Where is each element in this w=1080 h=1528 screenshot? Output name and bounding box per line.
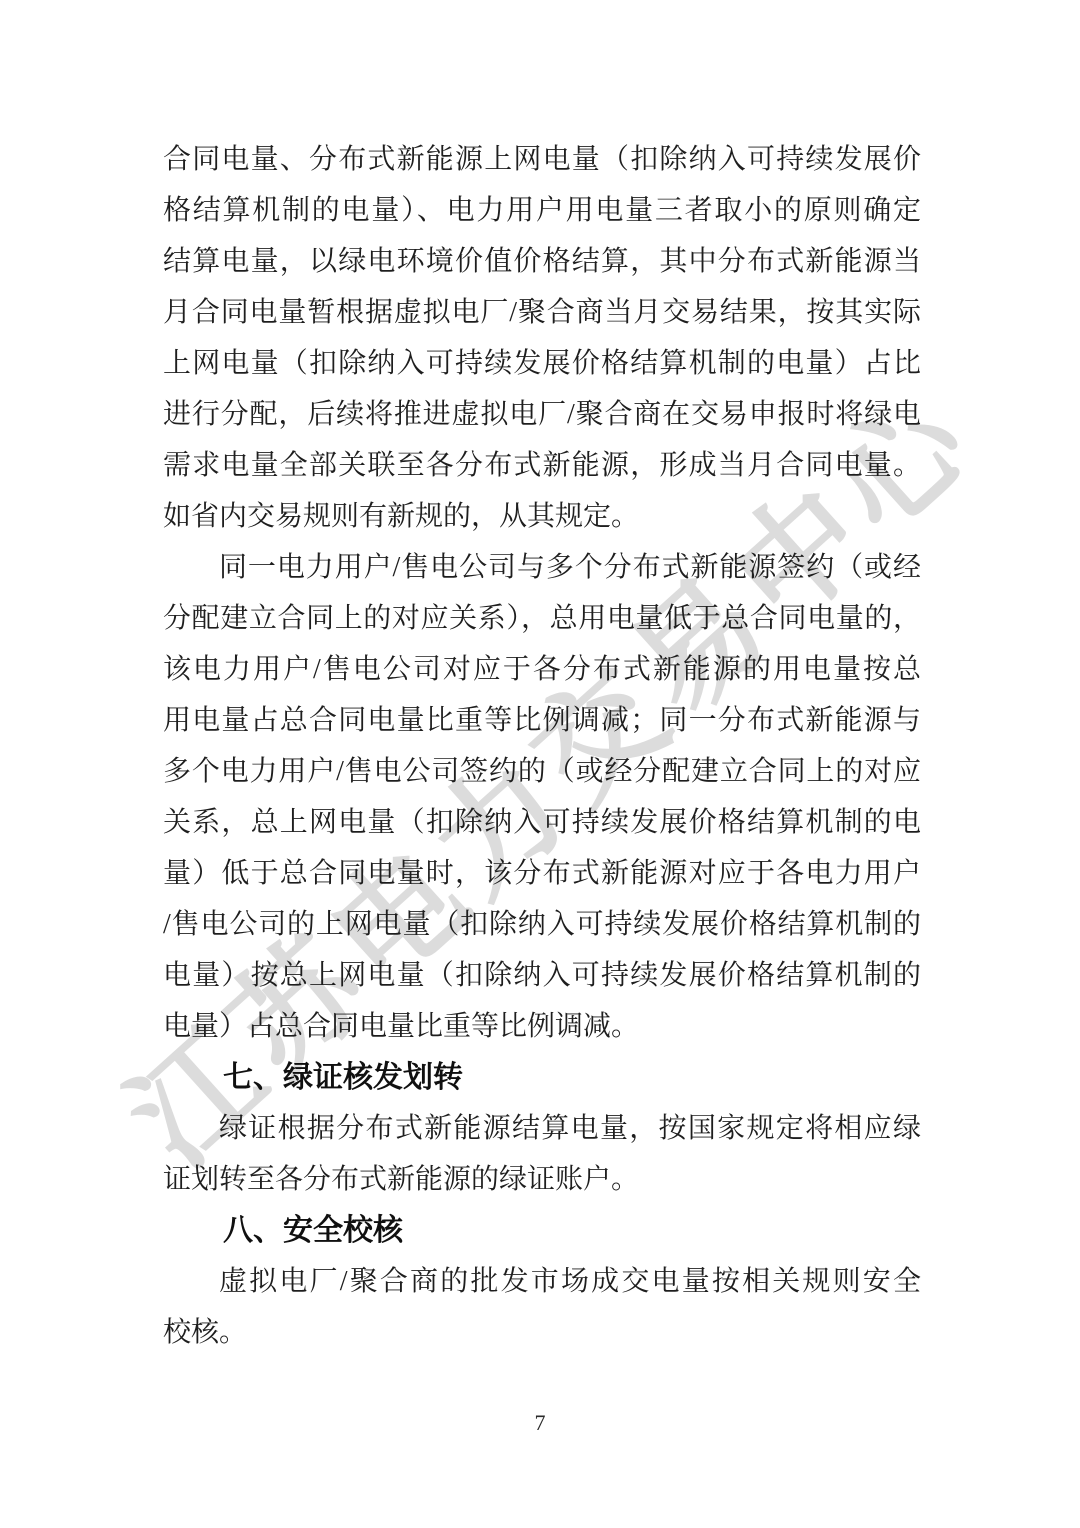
text-line: 多个电力用户/售电公司签约的（或经分配建立合同上的对应 <box>163 746 921 797</box>
text-line: /售电公司的上网电量（扣除纳入可持续发展价格结算机制的 <box>163 899 921 950</box>
text-line: 格结算机制的电量）、电力用户用电量三者取小的原则确定 <box>163 185 921 236</box>
text-line: 同一电力用户/售电公司与多个分布式新能源签约（或经 <box>163 542 921 593</box>
text-line: 合同电量、分布式新能源上网电量（扣除纳入可持续发展价 <box>163 134 921 185</box>
text-line: 进行分配，后续将推进虚拟电厂/聚合商在交易申报时将绿电 <box>163 389 921 440</box>
text-line: 电量）占总合同电量比重等比例调减。 <box>163 1001 921 1052</box>
text-line: 校核。 <box>163 1307 921 1358</box>
text-line: 虚拟电厂/聚合商的批发市场成交电量按相关规则安全 <box>163 1256 921 1307</box>
text-line: 量）低于总合同电量时，该分布式新能源对应于各电力用户 <box>163 848 921 899</box>
document-text-block: 合同电量、分布式新能源上网电量（扣除纳入可持续发展价 格结算机制的电量）、电力用… <box>163 134 921 1358</box>
section-heading-7: 七、绿证核发划转 <box>163 1052 921 1103</box>
document-page: 江苏电力交易中心 合同电量、分布式新能源上网电量（扣除纳入可持续发展价 格结算机… <box>0 0 1080 1528</box>
text-line: 上网电量（扣除纳入可持续发展价格结算机制的电量）占比 <box>163 338 921 389</box>
text-line: 证划转至各分布式新能源的绿证账户。 <box>163 1154 921 1205</box>
text-line: 月合同电量暂根据虚拟电厂/聚合商当月交易结果，按其实际 <box>163 287 921 338</box>
text-line: 电量）按总上网电量（扣除纳入可持续发展价格结算机制的 <box>163 950 921 1001</box>
text-line: 结算电量，以绿电环境价值价格结算，其中分布式新能源当 <box>163 236 921 287</box>
text-line: 关系，总上网电量（扣除纳入可持续发展价格结算机制的电 <box>163 797 921 848</box>
text-line: 需求电量全部关联至各分布式新能源，形成当月合同电量。 <box>163 440 921 491</box>
text-line: 该电力用户/售电公司对应于各分布式新能源的用电量按总 <box>163 644 921 695</box>
text-line: 绿证根据分布式新能源结算电量，按国家规定将相应绿 <box>163 1103 921 1154</box>
section-heading-8: 八、安全校核 <box>163 1205 921 1256</box>
text-line: 分配建立合同上的对应关系），总用电量低于总合同电量的， <box>163 593 921 644</box>
text-line: 如省内交易规则有新规的，从其规定。 <box>163 491 921 542</box>
page-number: 7 <box>0 1410 1080 1436</box>
text-line: 用电量占总合同电量比重等比例调减；同一分布式新能源与 <box>163 695 921 746</box>
